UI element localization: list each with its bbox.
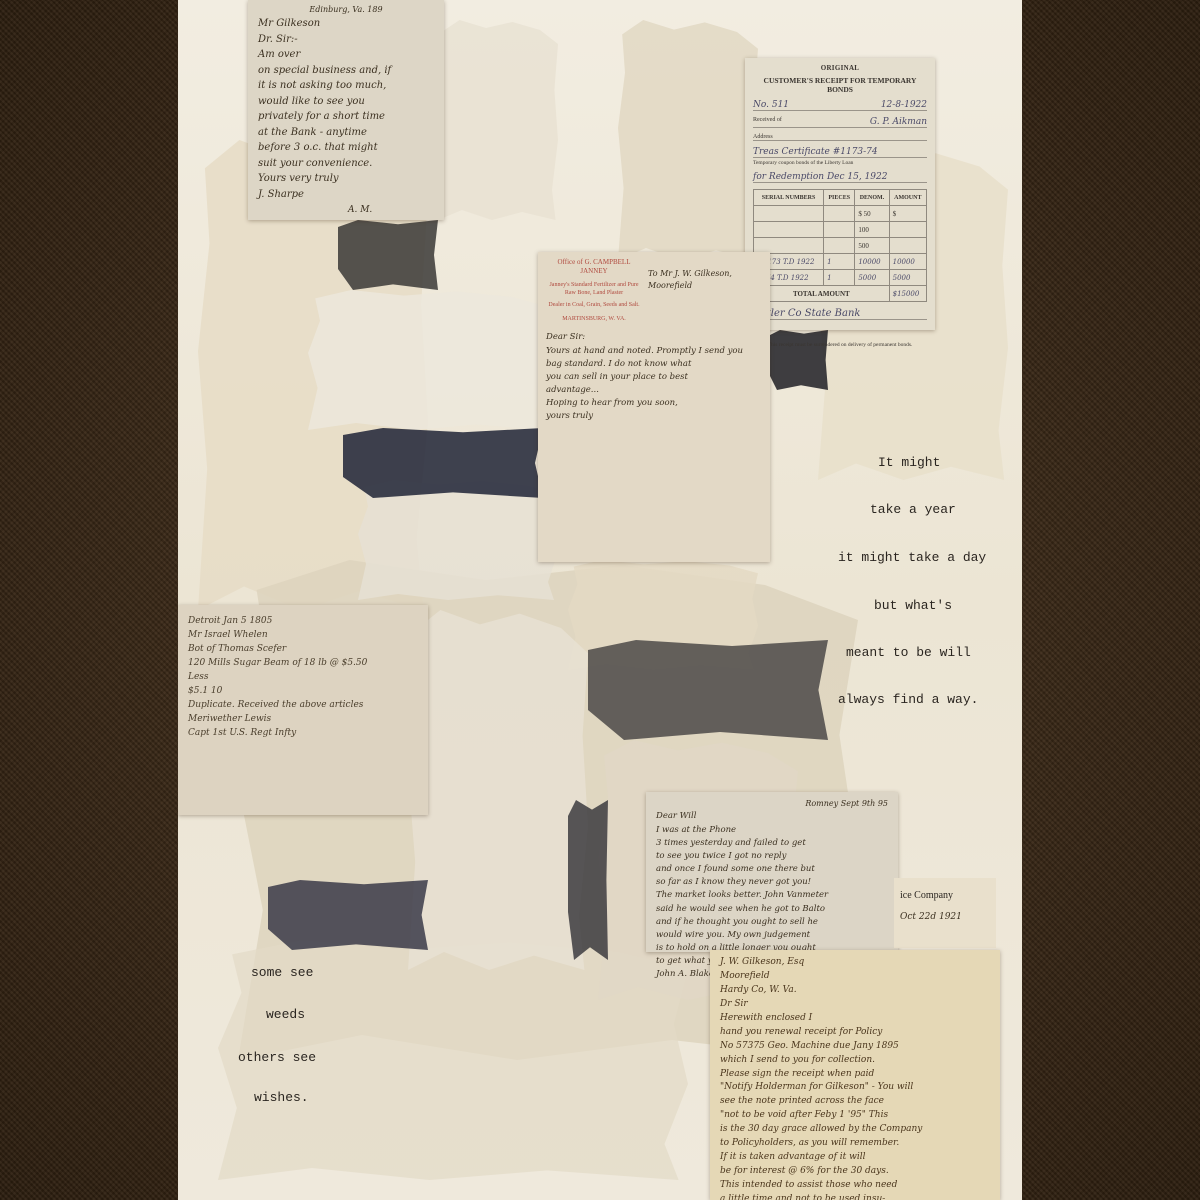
letter-edinburg: Edinburg, Va. 189 Mr Gilkeson Dr. Sir:- … bbox=[248, 0, 444, 220]
poem-line: it might take a day bbox=[838, 550, 986, 565]
janney-letterhead: Office of G. CAMPBELL JANNEY Janney's St… bbox=[538, 252, 770, 562]
letterhead-body: Dear Sir: Yours at hand and noted. Promp… bbox=[546, 331, 762, 423]
letterhead-office: Office of G. CAMPBELL JANNEY bbox=[546, 258, 642, 276]
letterhead-block: Office of G. CAMPBELL JANNEY Janney's St… bbox=[546, 258, 642, 323]
received-of-value: G. P. Aikman bbox=[870, 117, 927, 127]
postcard-letter: Romney Sept 9th 95 Dear Will I was at th… bbox=[646, 792, 898, 952]
company-date: Oct 22d 1921 bbox=[900, 911, 990, 925]
denom-cell: 500 bbox=[855, 238, 889, 254]
table-row: 500 bbox=[754, 238, 927, 254]
receipt-header: ORIGINAL bbox=[753, 64, 927, 72]
letterhead-addressee: To Mr J. W. Gilkeson, Moorefield bbox=[648, 268, 762, 323]
company-name: ice Company bbox=[900, 890, 990, 901]
pieces-cell bbox=[824, 222, 855, 238]
letterhead-place: MARTINSBURG, W. VA. bbox=[546, 316, 642, 324]
amount-cell bbox=[889, 222, 926, 238]
bill-body: Detroit Jan 5 1805 Mr Israel Whelen Bot … bbox=[188, 615, 418, 740]
address-label: Address bbox=[753, 134, 773, 140]
amount-cell bbox=[889, 238, 926, 254]
total-value: $15000 bbox=[889, 286, 926, 302]
bonds-label: Temporary coupon bonds of the Liberty Lo… bbox=[753, 160, 927, 166]
torn-paper-fragment bbox=[358, 480, 558, 600]
receipt-footer: This receipt must be surrendered on deli… bbox=[753, 342, 927, 348]
column-header: DENOM. bbox=[855, 190, 889, 206]
column-header: PIECES bbox=[824, 190, 855, 206]
bill-of-sale: Detroit Jan 5 1805 Mr Israel Whelen Bot … bbox=[178, 605, 428, 815]
bond-receipt: ORIGINAL CUSTOMER'S RECEIPT FOR TEMPORAR… bbox=[745, 58, 935, 330]
torn-paper-fragment bbox=[618, 20, 758, 260]
dark-ink-stain bbox=[338, 220, 438, 290]
poem-line: It might bbox=[878, 455, 940, 470]
by-label: By bbox=[753, 328, 927, 336]
letter-postscript: A. M. bbox=[348, 204, 434, 218]
bank-signature: Butler Co State Bank bbox=[753, 308, 927, 320]
column-header: SERIAL NUMBERS bbox=[754, 190, 824, 206]
denom-cell: 100 bbox=[855, 222, 889, 238]
navy-ink-stain bbox=[343, 428, 543, 498]
poem-line: take a year bbox=[870, 502, 956, 517]
insurance-letter: J. W. Gilkeson, Esq Moorefield Hardy Co,… bbox=[710, 950, 1000, 1200]
torn-paper-fragment bbox=[438, 20, 558, 220]
letter-heading: Edinburg, Va. 189 bbox=[258, 4, 434, 16]
receipt-description: Treas Certificate #1173-74 bbox=[753, 147, 878, 157]
pieces-cell bbox=[824, 206, 855, 222]
column-header: AMOUNT bbox=[889, 190, 926, 206]
dark-ink-stain bbox=[768, 330, 828, 390]
receipt-date: 12-8-1922 bbox=[881, 100, 927, 110]
table-row: 1174 T.D 1922150005000 bbox=[754, 270, 927, 286]
received-of-label: Received of bbox=[753, 117, 782, 127]
denom-cell: 5000 bbox=[855, 270, 889, 286]
pieces-cell: 1 bbox=[824, 254, 855, 270]
total-row: TOTAL AMOUNT$15000 bbox=[754, 286, 927, 302]
company-letter-fragment: ice Company Oct 22d 1921 bbox=[894, 878, 996, 948]
poem-line: wishes. bbox=[254, 1090, 309, 1105]
collage-canvas: Edinburg, Va. 189 Mr Gilkeson Dr. Sir:- … bbox=[178, 0, 1022, 1200]
torn-paper-fragment bbox=[308, 290, 548, 430]
letterhead-trade: Janney's Standard Fertilizer and Pure Ra… bbox=[546, 282, 642, 298]
receipt-number: No. 511 bbox=[753, 100, 789, 110]
dark-ink-stain bbox=[268, 880, 428, 950]
table-row: 100 bbox=[754, 222, 927, 238]
dark-ink-stain bbox=[588, 640, 828, 740]
pieces-cell: 1 bbox=[824, 270, 855, 286]
table-row: $ 50$ bbox=[754, 206, 927, 222]
receipt-purpose: for Redemption Dec 15, 1922 bbox=[753, 172, 888, 182]
torn-paper-fragment bbox=[408, 610, 588, 970]
poem-line: meant to be will bbox=[846, 645, 971, 660]
postcard-heading: Romney Sept 9th 95 bbox=[656, 798, 888, 810]
serial-cell bbox=[754, 206, 824, 222]
letter-body: Mr Gilkeson Dr. Sir:- Am over on special… bbox=[258, 16, 434, 202]
insurance-body: J. W. Gilkeson, Esq Moorefield Hardy Co,… bbox=[720, 956, 990, 1200]
amount-cell: 10000 bbox=[889, 254, 926, 270]
poem-line: some see bbox=[251, 965, 313, 980]
amount-cell: $ bbox=[889, 206, 926, 222]
receipt-table: SERIAL NUMBERS PIECES DENOM. AMOUNT $ 50… bbox=[753, 189, 927, 302]
total-label: TOTAL AMOUNT bbox=[754, 286, 890, 302]
letterhead-dealer: Dealer in Coal, Grain, Seeds and Salt. bbox=[546, 302, 642, 310]
poem-line: always find a way. bbox=[838, 692, 978, 707]
poem-line: but what's bbox=[874, 598, 952, 613]
denom-cell: 10000 bbox=[855, 254, 889, 270]
pieces-cell bbox=[824, 238, 855, 254]
denom-cell: $ 50 bbox=[855, 206, 889, 222]
serial-cell bbox=[754, 222, 824, 238]
table-row: #1173 T.D 192211000010000 bbox=[754, 254, 927, 270]
amount-cell: 5000 bbox=[889, 270, 926, 286]
dark-ink-stain bbox=[568, 800, 608, 960]
poem-line: others see bbox=[238, 1050, 316, 1065]
receipt-title: CUSTOMER'S RECEIPT FOR TEMPORARY BONDS bbox=[753, 76, 927, 94]
poem-line: weeds bbox=[266, 1007, 305, 1022]
